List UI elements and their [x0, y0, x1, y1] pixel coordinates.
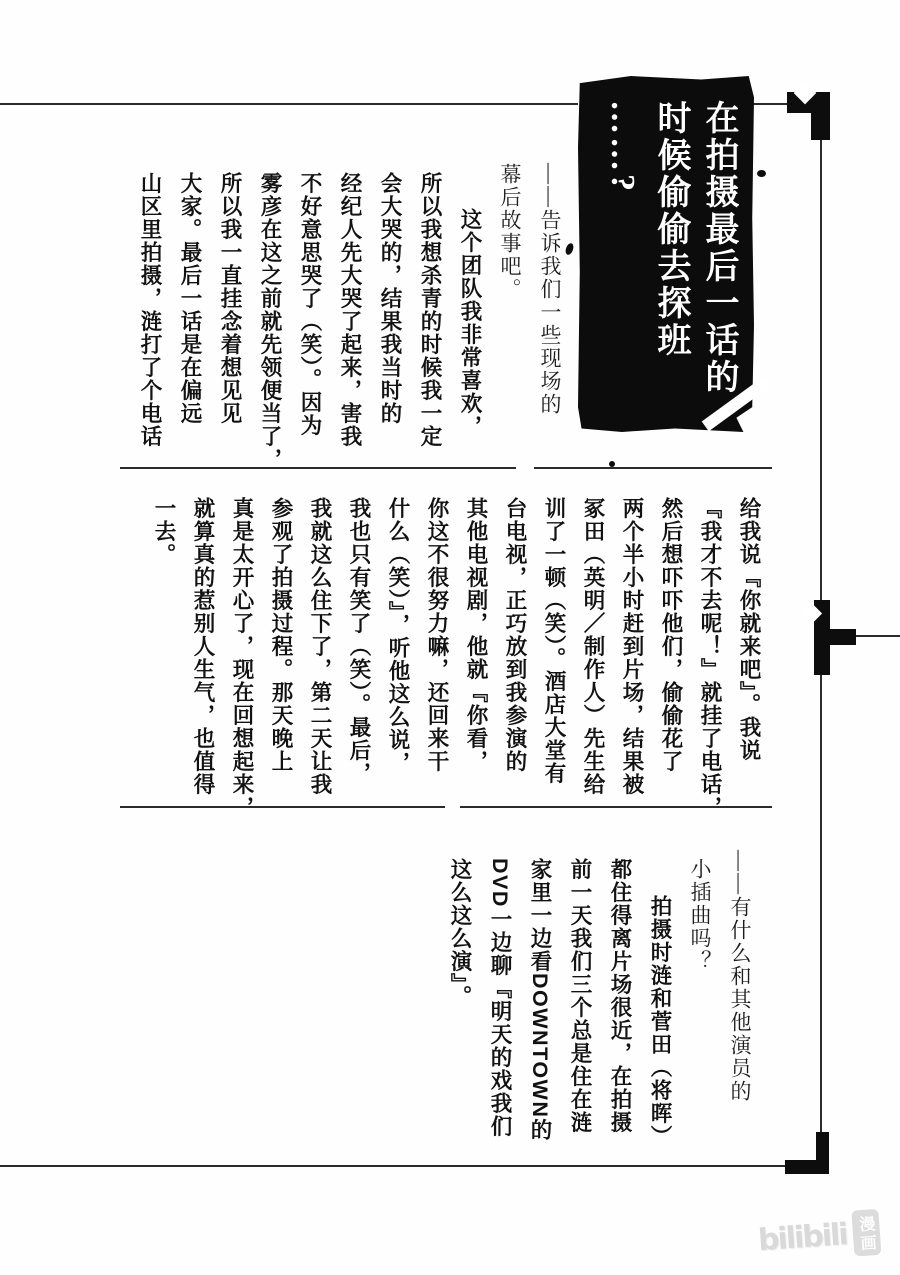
section-set-visit-story: 给我说『你就来吧』。我说 『我才不去呢！』就挂了电话， 然后想吓吓他们，偷偷花了… [140, 488, 768, 810]
page-top-rule [0, 103, 578, 105]
ink-speck [757, 170, 766, 177]
section-divider [534, 467, 772, 469]
answer-column: 其他电视剧，他就『你看， [456, 488, 495, 810]
answer-column: 大家。最后一话是在偏远 [170, 150, 210, 466]
answer-column: 真是太开心了，现在回想起来， [222, 488, 261, 810]
ink-speck [609, 461, 615, 467]
registration-mark-top-right [811, 92, 830, 140]
title-line: 时候偷偷去探班 [646, 100, 694, 422]
section-actor-anecdotes: ——有什么和其他演员的 小插曲吗？ 拍摄时涟和菅田（将晖） 都住得离片场很近，在… [428, 845, 760, 1167]
answer-column: 你这不很努力嘛，还回来干 [417, 488, 456, 810]
answer-column: 雾彦在这之前就先领便当了， [250, 150, 290, 466]
right-margin-rule [820, 140, 822, 601]
answer-column: 两个半小时赶到片场，结果被 [612, 488, 651, 810]
answer-column: 给我说『你就来吧』。我说 [729, 488, 768, 810]
title-line: ……? [598, 100, 646, 422]
right-margin-crossbar [856, 635, 900, 637]
section-divider [120, 467, 516, 469]
registration-mark-bottom-right [785, 1160, 829, 1174]
answer-column: 家里一边看DOWNTOWN的 [520, 845, 560, 1167]
answer-column: 所以我想杀青的时候我一定 [410, 150, 450, 466]
answer-column: 『我才不去呢！』就挂了电话， [690, 488, 729, 810]
page-top-rule-segment [753, 103, 791, 105]
interviewer-question: ——告诉我们一些现场的 幕后故事吧。 [490, 150, 570, 466]
answer-column: 所以我一直挂念着想见见 [210, 150, 250, 466]
answer-column: 前一天我们三个总是住在涟 [560, 845, 600, 1167]
answer-column: 训了一顿（笑）。酒店大堂有 [534, 488, 573, 810]
interview-title-text: 在拍摄最后一话的 时候偷偷去探班 ……? [592, 100, 742, 422]
answer-column: 我也只有笑了（笑）。最后， [339, 488, 378, 810]
answer-column: 台电视，正巧放到我参演的 [495, 488, 534, 810]
answer-column: 然后想吓吓他们，偷偷花了 [651, 488, 690, 810]
interviewee-answer: 拍摄时涟和菅田（将晖） 都住得离片场很近，在拍摄 前一天我们三个总是住在涟 家里… [440, 845, 680, 1167]
bilibili-watermark: bilibili 漫画 [757, 1209, 882, 1263]
answer-column: 就算真的惹别人生气，也值得 [183, 488, 222, 810]
question-column: 幕后故事吧。 [490, 150, 530, 466]
bilibili-logo-text: bilibili [757, 1217, 848, 1258]
question-column: ——告诉我们一些现场的 [530, 150, 570, 466]
magazine-interview-page: 在拍摄最后一话的 时候偷偷去探班 ……? ——告诉我们一些现场的 幕后故事吧。 … [0, 0, 900, 1275]
answer-column: 我就这么住下了，第二天让我 [300, 488, 339, 810]
question-column: 小插曲吗？ [680, 845, 720, 1167]
answer-column: 不好意思哭了（笑）。因为 [290, 150, 330, 466]
answer-column: 拍摄时涟和菅田（将晖） [640, 845, 680, 1167]
interviewer-question: ——有什么和其他演员的 小插曲吗？ [680, 845, 760, 1167]
section-backstage-stories: ——告诉我们一些现场的 幕后故事吧。 这个团队我非常喜欢， 所以我想杀青的时候我… [118, 150, 570, 466]
answer-column: 冢田（英明／制作人）先生给 [573, 488, 612, 810]
title-line: 在拍摄最后一话的 [694, 100, 742, 422]
answer-column: 一去。 [144, 488, 183, 810]
answer-column: 经纪人先大哭了起来，害我 [330, 150, 370, 466]
answer-column: 参观了拍摄过程。那天晚上 [261, 488, 300, 810]
right-margin-rule [820, 675, 822, 1133]
answer-column: 会大哭的，结果我当时的 [370, 150, 410, 466]
interviewee-answer: 这个团队我非常喜欢， 所以我想杀青的时候我一定 会大哭的，结果我当时的 经纪人先… [130, 150, 490, 466]
answer-column: 这么这么演』。 [440, 845, 480, 1167]
manga-label-box: 漫画 [851, 1209, 881, 1257]
answer-column: 都住得离片场很近，在拍摄 [600, 845, 640, 1167]
answer-column: 山区里拍摄，涟打了个电话 [130, 150, 170, 466]
answer-column: 这个团队我非常喜欢， [450, 150, 490, 466]
registration-mark-middle-right [830, 629, 856, 645]
answer-column: 什么（笑）』，听他这么说， [378, 488, 417, 810]
answer-column: DVD一边聊『明天的戏我们 [480, 845, 520, 1167]
question-column: ——有什么和其他演员的 [720, 845, 760, 1167]
